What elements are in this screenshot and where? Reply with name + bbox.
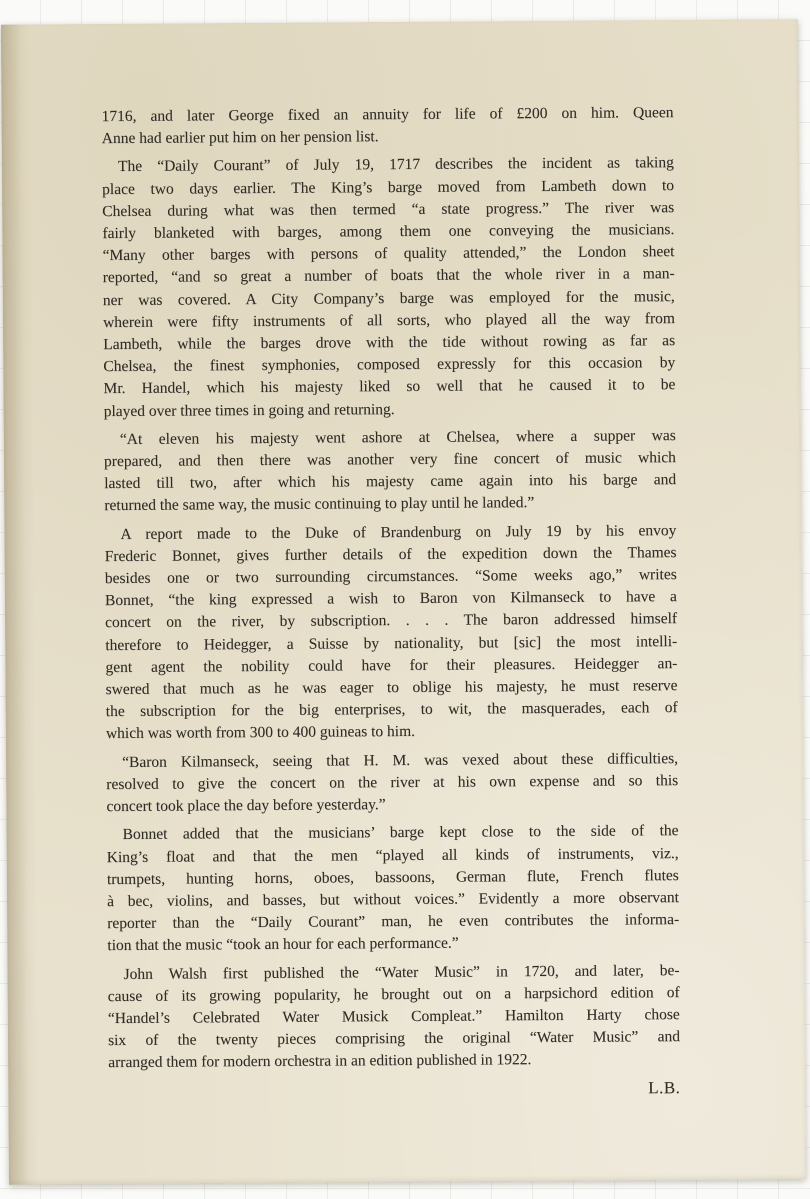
text-line: Bonnet added that the musicians’ barge k… bbox=[107, 820, 679, 846]
text-line: which was worth from 300 to 400 guineas … bbox=[106, 720, 678, 746]
text-line: 1716, and later George fixed an annuity … bbox=[102, 102, 674, 128]
paragraph: John Walsh first published the “Water Mu… bbox=[108, 960, 681, 1075]
paragraphs-container: 1716, and later George fixed an annuity … bbox=[102, 102, 681, 1075]
paragraph: A report made to the Duke of Brandenburg… bbox=[104, 520, 678, 746]
text-line: returned the same way, the music continu… bbox=[104, 492, 676, 518]
text-column: 1716, and later George fixed an annuity … bbox=[102, 102, 681, 1103]
text-line: the subscription for the big enterprises… bbox=[106, 697, 678, 723]
text-line: reporter than the “Daily Courant” man, h… bbox=[107, 909, 679, 935]
author-initials: L.B. bbox=[108, 1077, 680, 1103]
text-line: concert took place the day before yester… bbox=[106, 792, 678, 818]
paragraph: “Baron Kilmanseck, seeing that H. M. was… bbox=[106, 748, 678, 819]
text-line: played over three times in going and ret… bbox=[104, 397, 676, 423]
paragraph: 1716, and later George fixed an annuity … bbox=[102, 102, 674, 150]
text-line: Anne had earlier put him on her pension … bbox=[102, 124, 674, 150]
text-line: Mr. Handel, which his majesty liked so w… bbox=[103, 375, 675, 401]
book-page: 1716, and later George fixed an annuity … bbox=[1, 19, 806, 1185]
scan-background: 1716, and later George fixed an annuity … bbox=[0, 0, 810, 1199]
text-line: lasted till two, after which his majesty… bbox=[104, 469, 676, 495]
text-line: tion that the music “took an hour for ea… bbox=[107, 931, 679, 957]
paragraph: Bonnet added that the musicians’ barge k… bbox=[107, 820, 680, 957]
paragraph: The “Daily Courant” of July 19, 1717 des… bbox=[102, 153, 676, 423]
paragraph: “At eleven his majesty went ashore at Ch… bbox=[104, 425, 677, 518]
text-line: resolved to give the concert on the rive… bbox=[106, 770, 678, 796]
text-line: arranged them for modern orchestra in an… bbox=[108, 1048, 680, 1074]
text-line: six of the twenty pieces comprising the … bbox=[108, 1026, 680, 1052]
